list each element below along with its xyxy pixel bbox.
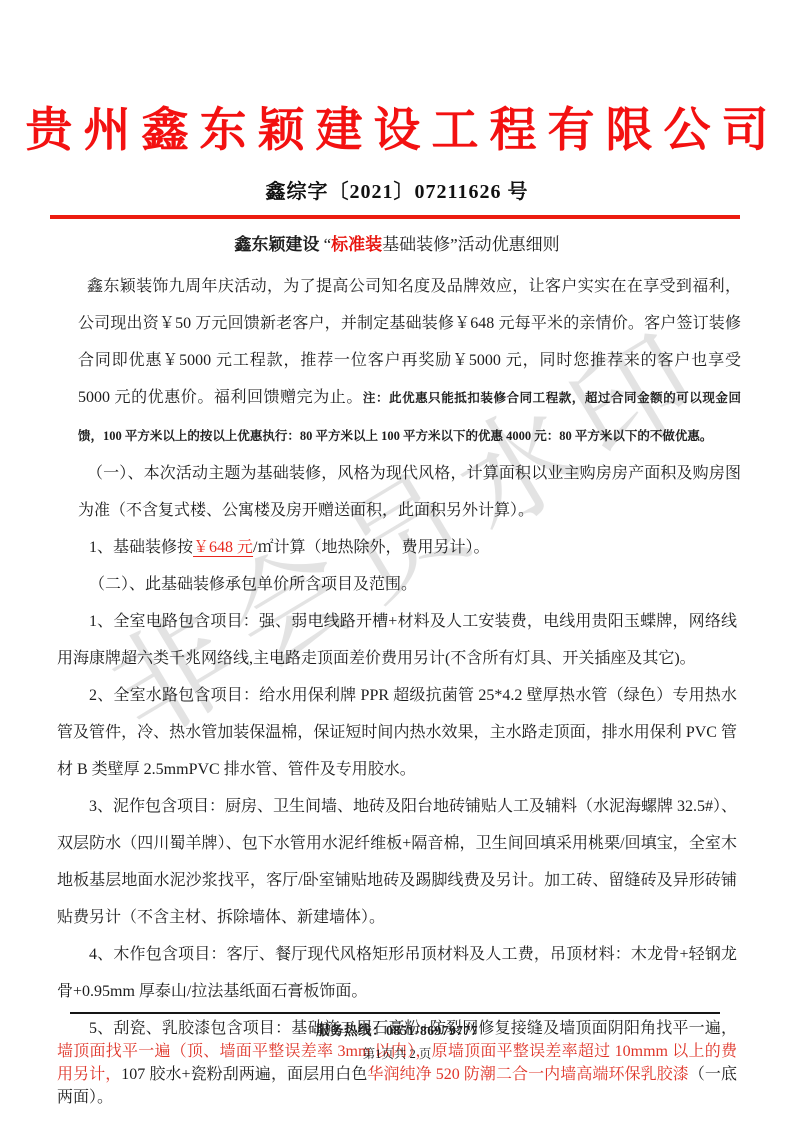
- activity-title-brand: 鑫东颖建设: [234, 235, 319, 254]
- paragraph-price: 1、基础装修按￥648 元/㎡计算（地热除外，费用另计）。: [57, 529, 737, 566]
- service-hotline: 服务热线：0851-86979777: [0, 1019, 794, 1039]
- paragraph-section-1: （一）、本次活动主题为基础装修，风格为现代风格，计算面积以业主购房房产面积及购房…: [78, 455, 741, 529]
- price-text-pre: 1、基础装修按: [89, 539, 193, 556]
- company-name-heading: 贵州鑫东颖建设工程有限公司: [0, 0, 794, 161]
- paint-text-mid: 107 胶水+瓷粉刮两遍，面层用白色: [121, 1066, 367, 1083]
- activity-title-rest: 基础装修”活动优惠细则: [382, 235, 560, 254]
- paragraph-electrical: 1、全室电路包含项目：强、弱电线路开槽+材料及人工安装费，电线用贵阳玉蝶牌，网络…: [57, 603, 737, 677]
- header-divider-rule: [50, 215, 740, 219]
- paint-red-clause-2: 华润纯净 520 防潮二合一内墙高端环保乳胶漆: [367, 1066, 688, 1083]
- footer-divider-rule: [70, 1012, 720, 1014]
- document-content: 贵州鑫东颖建设工程有限公司 鑫综字〔2021〕07211626 号 鑫东颖建设 …: [0, 0, 794, 1109]
- activity-title: 鑫东颖建设 “标准装基础装修”活动优惠细则: [0, 230, 794, 255]
- paragraph-masonry: 3、泥作包含项目：厨房、卫生间墙、地砖及阳台地砖铺贴人工及辅料（水泥海螺牌 32…: [57, 788, 737, 936]
- activity-title-highlight: 标准装: [331, 235, 382, 254]
- intro-text: 鑫东颖装饰九周年庆活动，为了提高公司知名度及品牌效应，让客户实实在在享受到福利，…: [78, 278, 741, 406]
- price-text-post: /㎡计算（地热除外，费用另计）。: [253, 539, 489, 556]
- document-page: 非会员水印 贵州鑫东颖建设工程有限公司 鑫综字〔2021〕07211626 号 …: [0, 0, 794, 1123]
- paragraph-plumbing: 2、全室水路包含项目：给水用保利牌 PPR 超级抗菌管 25*4.2 壁厚热水管…: [57, 677, 737, 788]
- price-highlight: ￥648 元: [193, 539, 253, 556]
- document-body: 鑫东颖装饰九周年庆活动，为了提高公司知名度及品牌效应，让客户实实在在享受到福利，…: [57, 268, 737, 1109]
- paragraph-intro: 鑫东颖装饰九周年庆活动，为了提高公司知名度及品牌效应，让客户实实在在享受到福利，…: [78, 268, 741, 455]
- paragraph-carpentry: 4、木作包含项目：客厅、餐厅现代风格矩形吊顶材料及人工费，吊顶材料：木龙骨+轻钢…: [57, 936, 737, 1010]
- activity-title-quote: “: [319, 235, 331, 254]
- document-number: 鑫综字〔2021〕07211626 号: [0, 175, 794, 204]
- page-number: 第1页共 2 页: [0, 1044, 794, 1062]
- paragraph-section-2: （二）、此基础装修承包单价所含项目及范围。: [57, 566, 737, 603]
